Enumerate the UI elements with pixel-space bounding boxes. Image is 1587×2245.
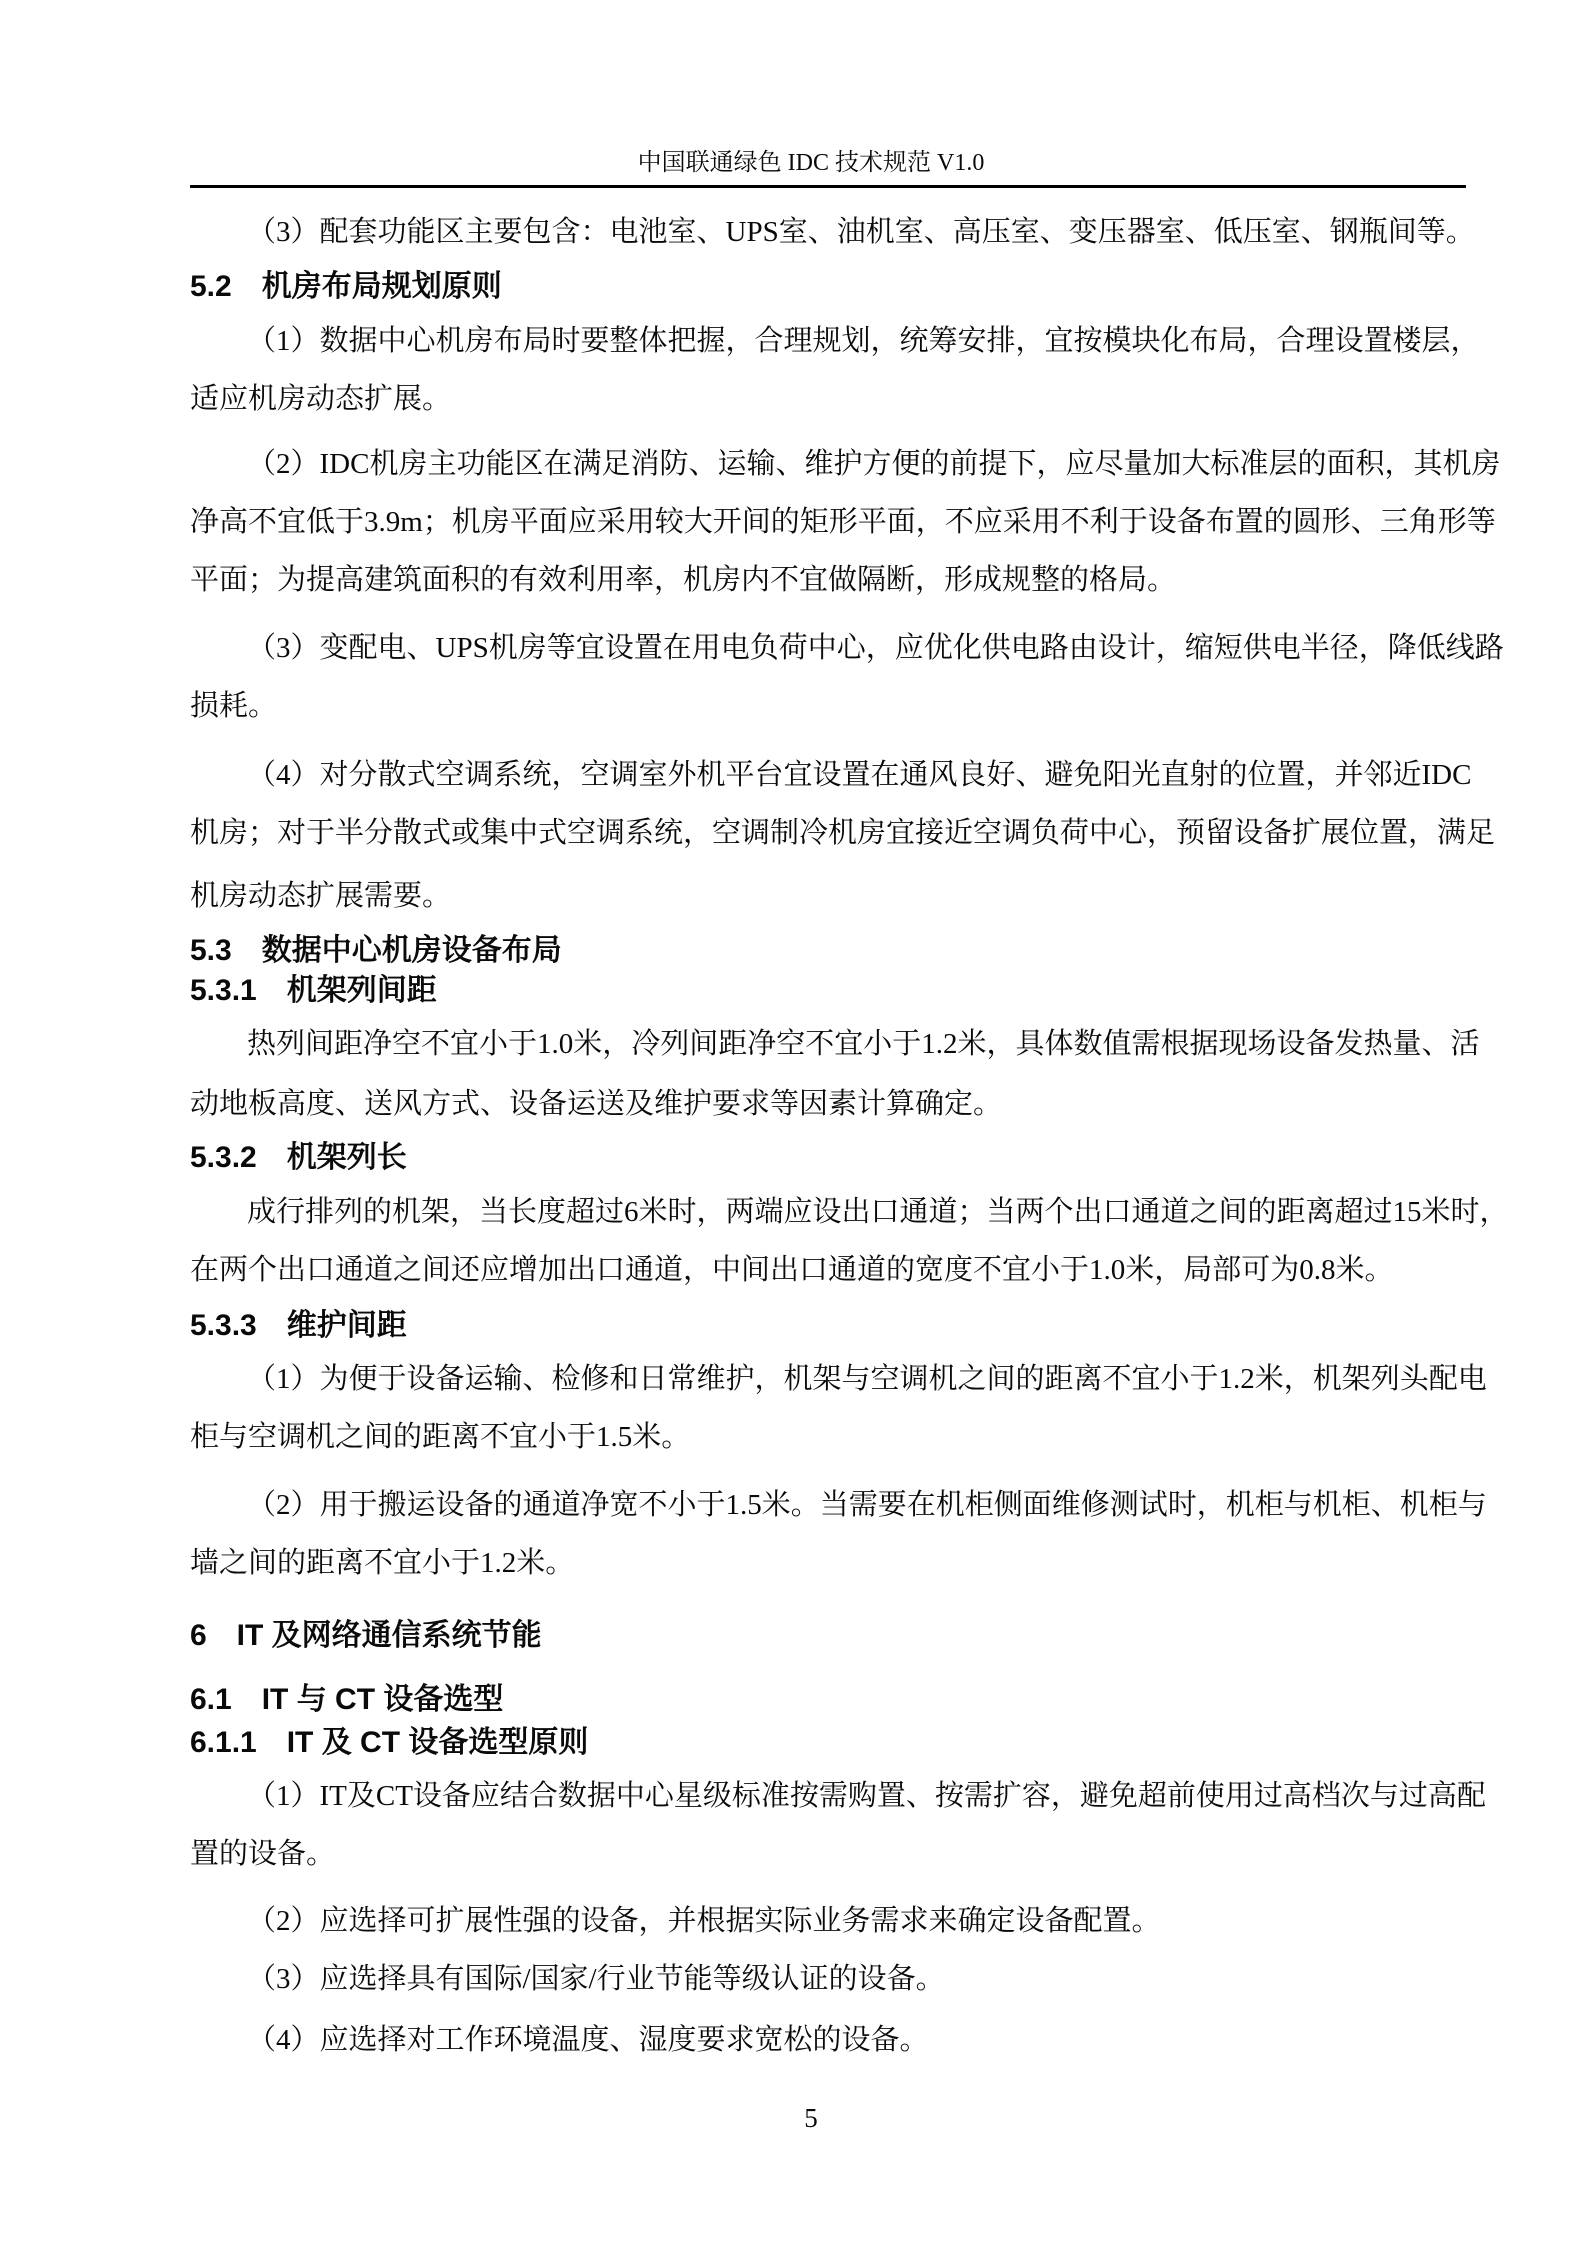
paragraph-line: （1）为便于设备运输、检修和日常维护，机架与空调机之间的距离不宜小于1.2米，机… [190, 1350, 1509, 1408]
paragraph-line: （1）IT及CT设备应结合数据中心星级标准按需购置、按需扩容，避免超前使用过高档… [190, 1767, 1509, 1825]
paragraph-line: （4）应选择对工作环境温度、湿度要求宽松的设备。 [190, 2011, 1509, 2069]
paragraph-line: （2）IDC机房主功能区在满足消防、运输、维护方便的前提下，应尽量加大标准层的面… [190, 435, 1509, 493]
paragraph-line: 机房；对于半分散式或集中式空调系统，空调制冷机房宜接近空调负荷中心，预留设备扩展… [190, 804, 1452, 862]
paragraph-line: （2）应选择可扩展性强的设备，并根据实际业务需求来确定设备配置。 [190, 1892, 1509, 1950]
paragraph-line: 损耗。 [190, 677, 1452, 735]
paragraph-line: 净高不宜低于3.9m；机房平面应采用较大开间的矩形平面，不应采用不利于设备布置的… [190, 493, 1452, 551]
heading-6-1-1: 6.1.1 IT 及 CT 设备选型原则 [190, 1714, 1452, 1772]
paragraph-line: 热列间距净空不宜小于1.0米，冷列间距净空不宜小于1.2米，具体数值需根据现场设… [190, 1015, 1509, 1073]
heading-5-3-3: 5.3.3 维护间距 [190, 1297, 1452, 1355]
paragraph-line: （3）应选择具有国际/国家/行业节能等级认证的设备。 [190, 1950, 1509, 2008]
paragraph-line: （3）变配电、UPS机房等宜设置在用电负荷中心，应优化供电路由设计，缩短供电半径… [190, 619, 1509, 677]
paragraph-line: （1）数据中心机房布局时要整体把握，合理规划，统筹安排，宜按模块化布局，合理设置… [190, 312, 1509, 370]
page-number: 5 [156, 2089, 1466, 2147]
header-rule [190, 185, 1466, 188]
heading-5-3-2: 5.3.2 机架列长 [190, 1129, 1452, 1187]
paragraph-line: 在两个出口通道之间还应增加出口通道，中间出口通道的宽度不宜小于1.0米，局部可为… [190, 1241, 1452, 1299]
heading-6: 6 IT 及网络通信系统节能 [190, 1607, 1452, 1665]
paragraph-line: 机房动态扩展需要。 [190, 867, 1452, 925]
heading-5-3-1: 5.3.1 机架列间距 [190, 962, 1452, 1020]
paragraph-line: （3）配套功能区主要包含：电池室、UPS室、油机室、高压室、变压器室、低压室、钢… [190, 203, 1509, 261]
paragraph-line: 墙之间的距离不宜小于1.2米。 [190, 1534, 1452, 1592]
page-header-title: 中国联通绿色 IDC 技术规范 V1.0 [156, 140, 1466, 186]
document-page: 中国联通绿色 IDC 技术规范 V1.0 （3）配套功能区主要包含：电池室、UP… [0, 0, 1587, 2245]
paragraph-line: （4）对分散式空调系统，空调室外机平台宜设置在通风良好、避免阳光直射的位置，并邻… [190, 746, 1509, 804]
paragraph-line: 平面；为提高建筑面积的有效利用率，机房内不宜做隔断，形成规整的格局。 [190, 551, 1452, 609]
paragraph-line: 柜与空调机之间的距离不宜小于1.5米。 [190, 1408, 1452, 1466]
paragraph-line: 成行排列的机架，当长度超过6米时，两端应设出口通道；当两个出口通道之间的距离超过… [190, 1183, 1509, 1241]
paragraph-line: 适应机房动态扩展。 [190, 370, 1452, 428]
paragraph-line: 动地板高度、送风方式、设备运送及维护要求等因素计算确定。 [190, 1075, 1452, 1133]
paragraph-line: 置的设备。 [190, 1825, 1452, 1883]
heading-5-2: 5.2 机房布局规划原则 [190, 258, 1452, 316]
paragraph-line: （2）用于搬运设备的通道净宽不小于1.5米。当需要在机柜侧面维修测试时，机柜与机… [190, 1476, 1509, 1534]
